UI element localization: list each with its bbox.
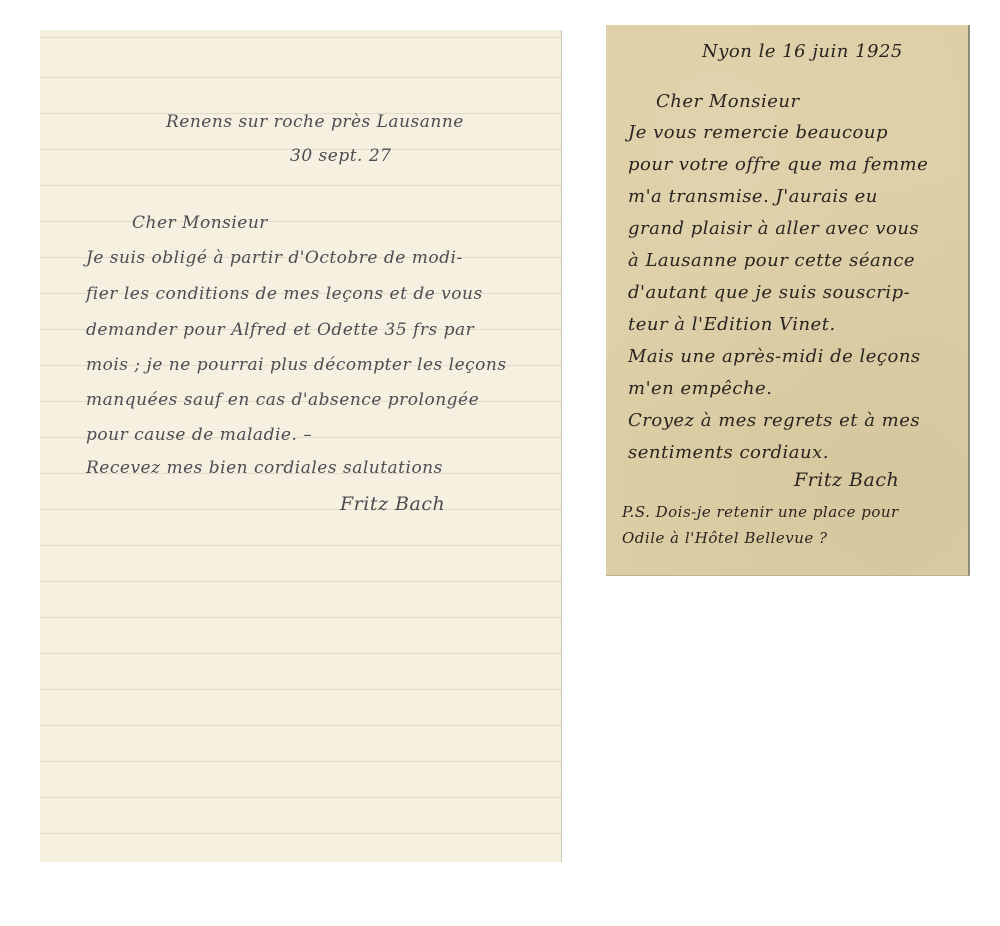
- letter-2-line: à Lausanne pour cette séance: [628, 250, 915, 271]
- letter-2-postscript: Odile à l'Hôtel Bellevue ?: [622, 529, 828, 547]
- letter-2-line: pour votre offre que ma femme: [628, 154, 928, 175]
- letter-2-line: Mais une après-midi de leçons: [628, 346, 921, 367]
- letter-1-signature: Fritz Bach: [340, 493, 445, 515]
- letter-1-place: Renens sur roche près Lausanne: [166, 112, 464, 132]
- letter-2-signature: Fritz Bach: [794, 469, 899, 491]
- letter-1-line: mois ; je ne pourrai plus décompter les …: [86, 355, 507, 375]
- letter-1-line: Je suis obligé à partir d'Octobre de mod…: [86, 248, 463, 268]
- letter-1-line: demander pour Alfred et Odette 35 frs pa…: [86, 320, 474, 340]
- letter-2-line: Croyez à mes regrets et à mes: [628, 410, 920, 431]
- letter-2-salutation: Cher Monsieur: [656, 91, 800, 112]
- letter-1-closing: Recevez mes bien cordiales salutations: [86, 458, 443, 478]
- letter-1-date: 30 sept. 27: [290, 146, 391, 166]
- letter-2-place-date: Nyon le 16 juin 1925: [702, 41, 903, 62]
- letter-1925-card: Nyon le 16 juin 1925 Cher Monsieur Je vo…: [606, 25, 970, 576]
- letter-2-line: Je vous remercie beaucoup: [628, 122, 888, 143]
- letter-2-postscript: P.S. Dois-je retenir une place pour: [622, 503, 899, 521]
- letter-2-line: grand plaisir à aller avec vous: [628, 218, 919, 239]
- letter-2-line: d'autant que je suis souscrip-: [628, 282, 910, 303]
- letter-1930-sheet: Renens sur roche près Lausanne 30 sept. …: [40, 30, 562, 862]
- letter-1-line: pour cause de maladie. –: [86, 425, 312, 445]
- letter-2-line: m'a transmise. J'aurais eu: [628, 186, 878, 207]
- letter-2-line: sentiments cordiaux.: [628, 442, 829, 463]
- letter-2-line: teur à l'Edition Vinet.: [628, 314, 836, 335]
- letter-1-line: manquées sauf en cas d'absence prolongée: [86, 390, 479, 410]
- letter-1-salutation: Cher Monsieur: [132, 213, 268, 233]
- letter-2-line: m'en empêche.: [628, 378, 772, 399]
- letter-1-line: fier les conditions de mes leçons et de …: [86, 284, 483, 304]
